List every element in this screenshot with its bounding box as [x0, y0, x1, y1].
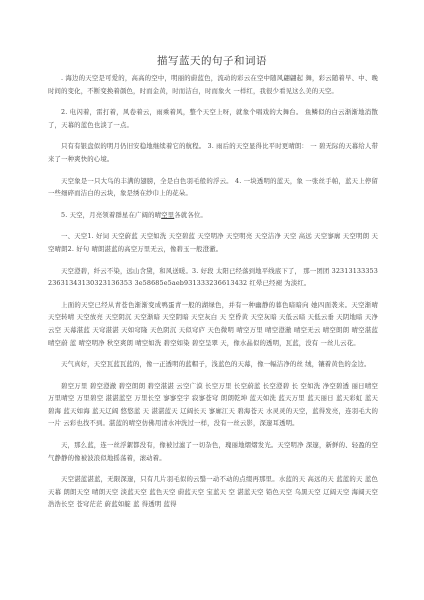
paragraph-8: 上面的天空已经从青苍色渐渐变成鸭蛋青一般的湖绿色，并有一种幽静的暮色暗暗向 她四…	[48, 299, 378, 349]
document-page: 描写蓝天的句子和词语 . 海边的天空是可爱的，高高的空中，明丽的蔚蓝色，流动的彩…	[0, 0, 424, 600]
paragraph-3: 只有有银盘似的明月仍旧安稳地继续着它的航程。 3. 雨后的天空显得比平时更晴朗：…	[48, 140, 378, 165]
paragraph-9: 天气真好，天空瓦蓝瓦蓝的，像一正透明的蓝帽子，浅蓝色的天幕，像一幅洁净的丝 绒，…	[48, 358, 378, 371]
paragraph-11: 天，那么蓝，连一丝浮絮都没有，像被过滤了一切杂色，瑰丽地熠熠发光。天空明净 深邃…	[48, 439, 378, 464]
underlined-word: 空里	[161, 211, 174, 219]
paragraph-5: 5. 天空，月亮领着群星在广阔的晴空里各就各位。	[48, 209, 378, 222]
document-title: 描写蓝天的句子和词语	[0, 53, 424, 68]
paragraph-1: . 海边的天空是可爱的，高高的空中，明丽的蔚蓝色，流动的彩云在空中随风翩翩起 舞…	[48, 72, 378, 97]
paragraph-4: 天空象是一只大鸟的丰满的翅膀，全是白色羽毛般的浮云。 4. 一块透明的蓝天，象 …	[48, 175, 378, 200]
paragraph-2: 2. 电闪着，雷打着，风卷着云，雨乘着风，整个天空上呀，就象个唱戏的大舞台。 鱼…	[48, 106, 378, 131]
paragraph-5-text-after: 各就各位。	[174, 211, 207, 219]
paragraph-12: 天空湛蓝湛蓝，无限深邃，只有几片羽毛似的云翳一动不动的点缀再那里。水蓝的天 高远…	[48, 473, 378, 511]
paragraph-10: 碧空万里 碧空澄澈 碧空朗朗 碧空湛湛 云空广漠 长空万里 长空蔚蓝 长空澄碧 …	[48, 380, 378, 430]
paragraph-7: 天空澄碧，纤云不染，远山含黛，和风送暖。3. 好段 太阳已经落到地平线底下了， …	[48, 265, 378, 290]
document-body: . 海边的天空是可爱的，高高的空中，明丽的蔚蓝色，流动的彩云在空中随风翩翩起 舞…	[48, 72, 378, 520]
paragraph-5-text-before: 5. 天空，月亮领着群星在广阔的晴	[61, 211, 161, 219]
paragraph-6: 一、天空1. 好词 天空蔚蓝 天空如洗 天空碧蓝 天空明净 天空明亮 天空洁净 …	[48, 230, 378, 255]
